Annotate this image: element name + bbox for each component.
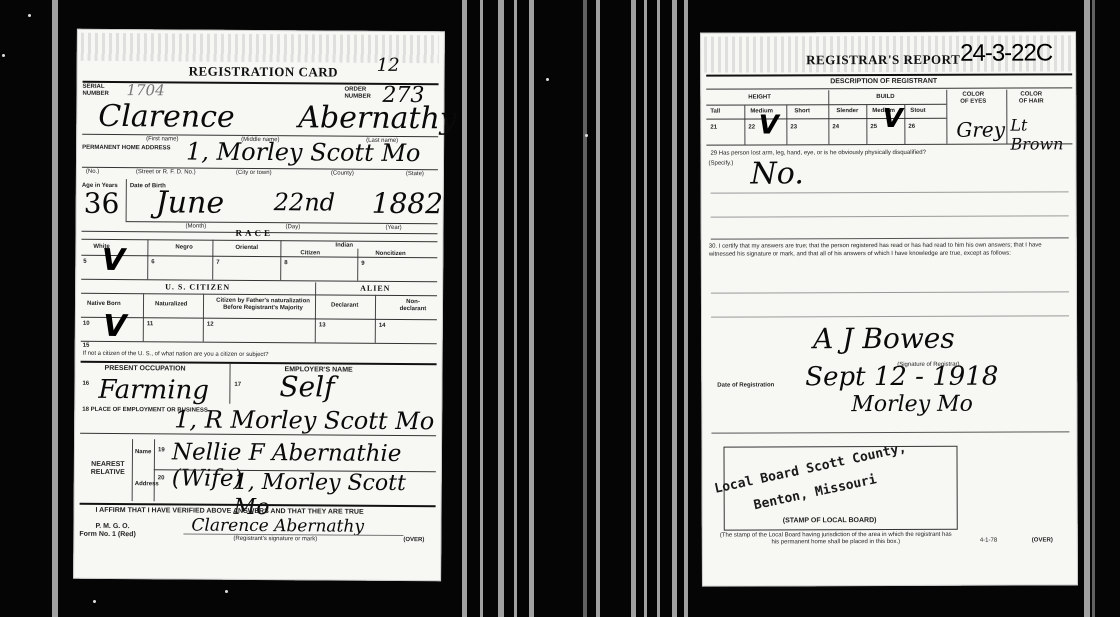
- registrar-signature: A J Bowes: [813, 322, 955, 355]
- employment-place: 1, R Morley Scott Mo: [174, 405, 434, 435]
- order-prefix-mark: 12: [377, 55, 400, 76]
- description-header: DESCRIPTION OF REGISTRANT: [830, 78, 937, 86]
- dob-month: June: [156, 185, 225, 220]
- form-id-line2: Form No. 1 (Red): [79, 531, 135, 539]
- form-id-line1: P. M. G. O.: [95, 523, 129, 531]
- race-header: RACE: [235, 228, 273, 238]
- report-title: REGISTRAR'S REPORT: [806, 52, 960, 69]
- registrars-report: REGISTRAR'S REPORT 24-3-22C DESCRIPTION …: [700, 31, 1078, 586]
- stamp-note: (The stamp of the Local Board having jur…: [716, 532, 956, 546]
- eye-color: Grey: [956, 118, 1005, 142]
- order-label: ORDER NUMBER: [344, 87, 380, 100]
- home-address: 1, Morley Scott Mo: [186, 137, 421, 167]
- q29-text: 29 Has person lost arm, leg, hand, eye, …: [710, 150, 925, 157]
- card-title: REGISTRATION CARD: [189, 64, 339, 81]
- registration-card: REGISTRATION CARD 12 SERIAL NUMBER 1704 …: [73, 29, 445, 582]
- date-label: Date of Registration: [717, 382, 774, 389]
- nearest-relative-label: NEAREST RELATIVE: [88, 461, 128, 477]
- q29-answer: No.: [750, 156, 803, 191]
- serial-number: 1704: [126, 81, 164, 99]
- last-name: Abernathy: [298, 100, 457, 136]
- hair-color: Lt Brown: [1010, 115, 1076, 153]
- employer-value: Self: [279, 370, 334, 403]
- citizen-native-check: V: [99, 309, 130, 344]
- certify-text: 30. I certify that my answers are true; …: [709, 241, 1067, 259]
- age-value: 36: [84, 187, 120, 220]
- home-address-label: PERMANENT HOME ADDRESS: [82, 145, 170, 152]
- q15-text: If not a citizen of the U. S., of what n…: [83, 351, 269, 359]
- dob-day: 22nd: [274, 188, 336, 216]
- dob-year: 1882: [372, 187, 443, 220]
- registration-date: Sept 12 - 1918: [805, 362, 998, 393]
- stamp-box: Local Board Scott County, Benton, Missou…: [723, 446, 957, 531]
- occupation-header: PRESENT OCCUPATION: [105, 365, 186, 373]
- serial-label: SERIAL NUMBER: [82, 84, 110, 97]
- citizen-header: U. S. CITIZEN: [165, 282, 230, 291]
- first-name: Clarence: [98, 99, 235, 135]
- alien-header: ALIEN: [360, 284, 390, 293]
- file-code: 24-3-22C: [960, 39, 1052, 67]
- registration-place: Morley Mo: [851, 392, 973, 417]
- occupation-value: Farming: [98, 375, 209, 406]
